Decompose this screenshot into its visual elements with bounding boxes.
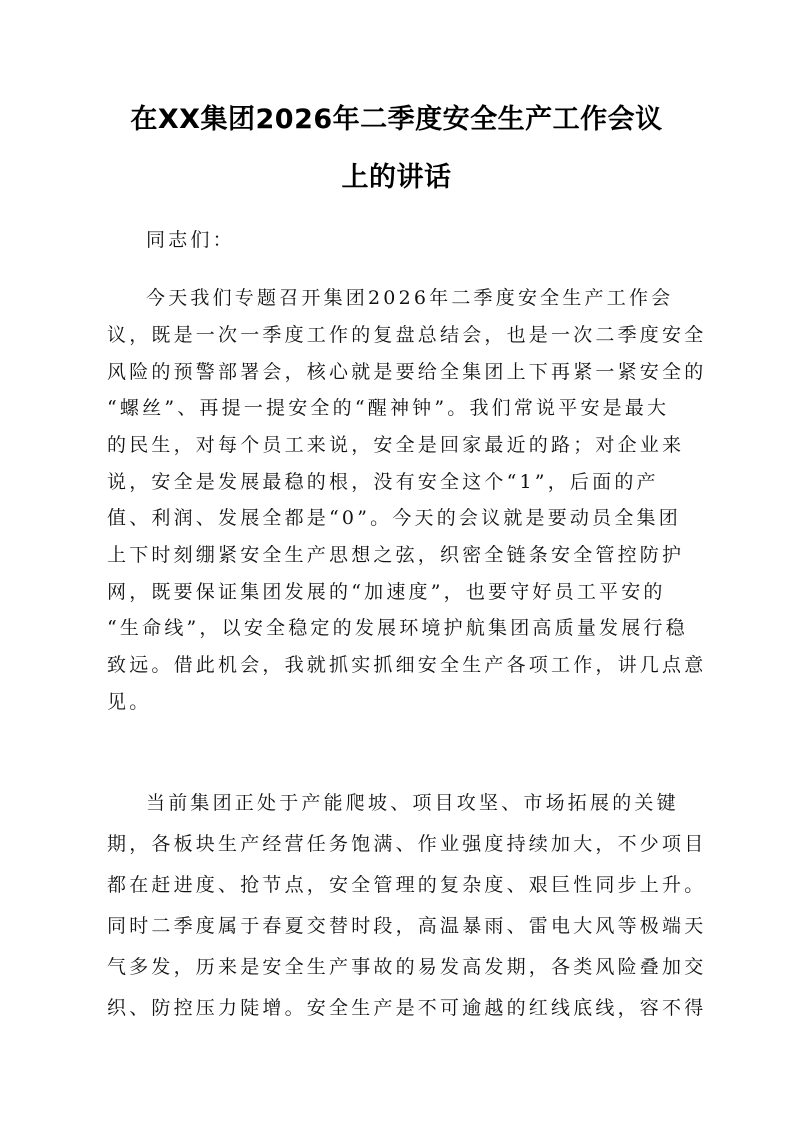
paragraph-1-line: 致远。借此机会，我就抓实抓细安全生产各项工作，讲几点意 [107,653,687,677]
paragraph-1-line: 风险的预警部署会，核心就是要给全集团上下再紧一紧安全的 [107,360,687,384]
paragraph-1-line: 议，既是一次一季度工作的复盘总结会，也是一次二季度安全 [107,323,687,347]
paragraph-1-line: 网，既要保证集团发展的“加速度”，也要守好员工平安的 [107,580,687,604]
salutation: 同志们： [146,228,726,252]
paragraph-2-line: 气多发，历来是安全生产事故的易发高发期，各类风险叠加交 [107,955,687,979]
paragraph-1-line: 见。 [107,690,687,714]
document-title-line-1: 在XX集团2026年二季度安全生产工作会议 [0,97,793,136]
paragraph-2-line: 期，各板块生产经营任务饱满、作业强度持续加大，不少项目 [107,832,687,856]
paragraph-2-line: 都在赶进度、抢节点，安全管理的复杂度、艰巨性同步上升。 [107,873,687,897]
paragraph-2-line: 同时二季度属于春夏交替时段，高温暴雨、雷电大风等极端天 [107,914,687,938]
paragraph-2-line: 当前集团正处于产能爬坡、项目攻坚、市场拓展的关键 [146,791,726,815]
paragraph-1-line: “生命线”，以安全稳定的发展环境护航集团高质量发展行稳 [107,616,687,640]
paragraph-1-line: “螺丝”、再提一提安全的“醒神钟”。我们常说平安是最大 [107,396,687,420]
paragraph-1-line: 上下时刻绷紧安全生产思想之弦，织密全链条安全管控防护 [107,543,687,567]
paragraph-1-line: 今天我们专题召开集团2026年二季度安全生产工作会 [146,286,726,310]
paragraph-1-line: 的民生，对每个员工来说，安全是回家最近的路；对企业来 [107,433,687,457]
paragraph-1-line: 说，安全是发展最稳的根，没有安全这个“1”，后面的产 [107,470,687,494]
paragraph-1-line: 值、利润、发展全都是“0”。今天的会议就是要动员全集团 [107,506,687,530]
document-page: 在XX集团2026年二季度安全生产工作会议 上的讲话 同志们： 今天我们专题召开… [0,0,793,1122]
document-title-line-2: 上的讲话 [0,155,793,194]
paragraph-2-line: 织、防控压力陡增。安全生产是不可逾越的红线底线，容不得 [107,996,687,1020]
